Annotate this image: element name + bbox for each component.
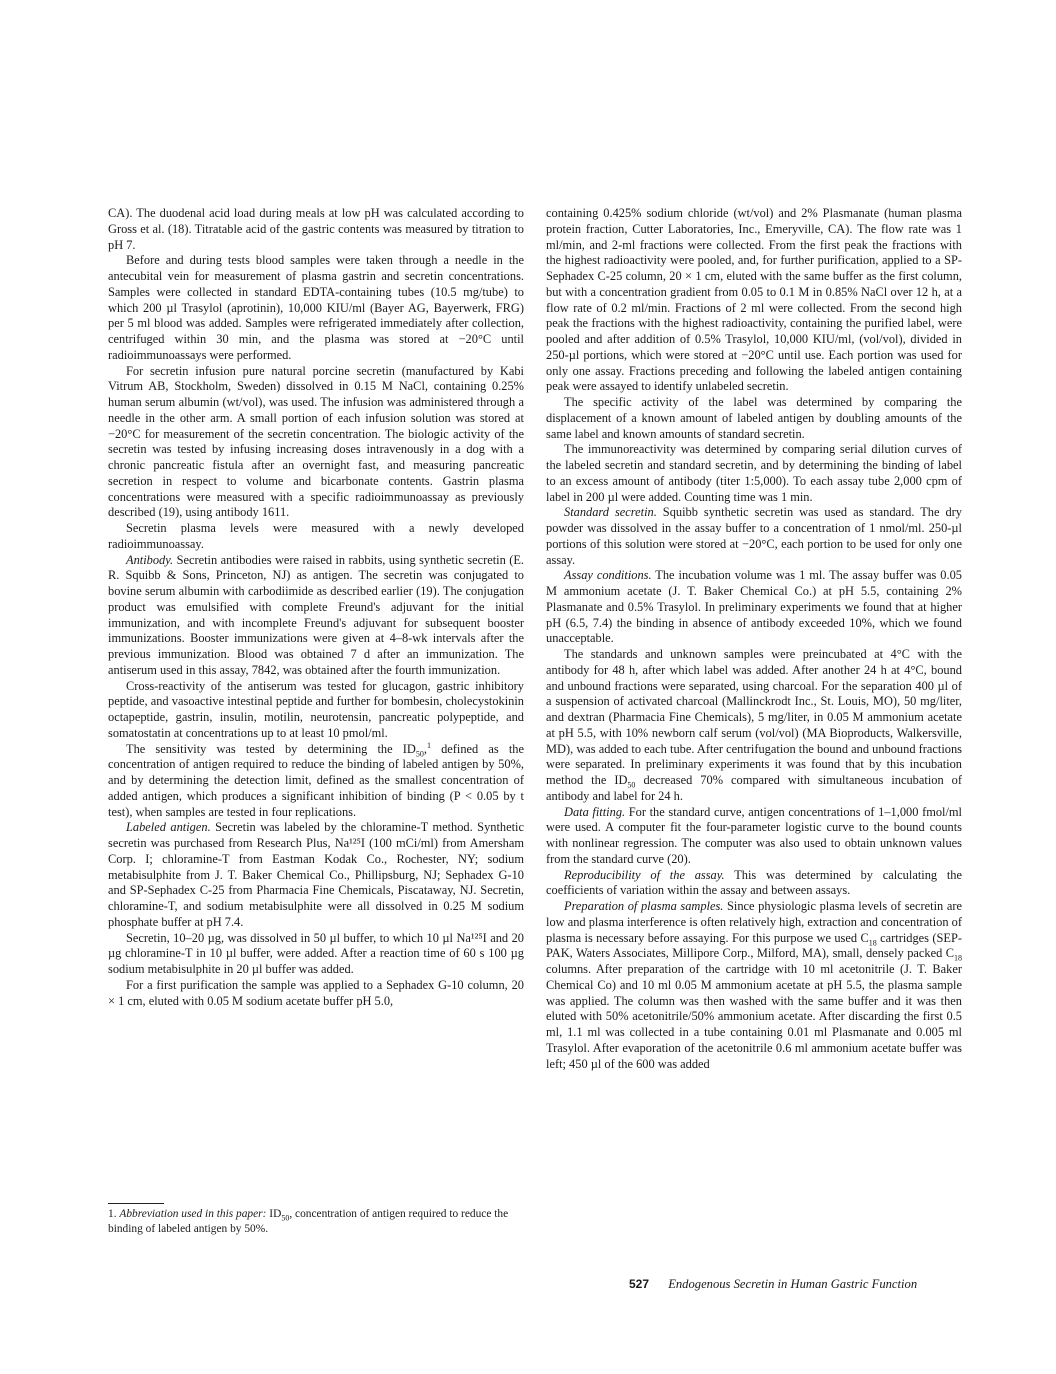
- left-text-column: CA). The duodenal acid load during meals…: [108, 206, 524, 1009]
- paragraph-text: CA). The duodenal acid load during meals…: [108, 206, 524, 252]
- document-page: CA). The duodenal acid load during meals…: [0, 0, 1056, 1374]
- footnote-label: Abbreviation used in this paper:: [119, 1208, 266, 1220]
- footnote-divider: [108, 1203, 164, 1204]
- paragraph: CA). The duodenal acid load during meals…: [108, 206, 524, 253]
- paragraph: For secretin infusion pure natural porci…: [108, 364, 524, 522]
- page-number: 527: [629, 1277, 649, 1291]
- paragraph-data-fitting: Data fitting. For the standard curve, an…: [546, 805, 962, 868]
- right-text-column: containing 0.425% sodium chloride (wt/vo…: [546, 206, 962, 1072]
- paragraph: Before and during tests blood samples we…: [108, 253, 524, 363]
- paragraph-text: Before and during tests blood samples we…: [108, 253, 524, 362]
- footnote: 1. Abbreviation used in this paper: ID50…: [108, 1207, 524, 1236]
- paragraph-text: For a first purification the sample was …: [108, 978, 524, 1008]
- paragraph: Secretin plasma levels were measured wit…: [108, 521, 524, 553]
- paragraph: For a first purification the sample was …: [108, 978, 524, 1010]
- paragraph-text: Secretin, 10–20 µg, was dissolved in 50 …: [108, 931, 524, 977]
- paragraph: The immunoreactivity was determined by c…: [546, 442, 962, 505]
- running-title: Endogenous Secretin in Human Gastric Fun…: [668, 1277, 917, 1291]
- run-in-heading: Preparation of plasma samples.: [564, 899, 723, 913]
- paragraph-text: For secretin infusion pure natural porci…: [108, 364, 524, 520]
- run-in-heading: Standard secretin.: [564, 505, 657, 519]
- paragraph-text: containing 0.425% sodium chloride (wt/vo…: [546, 206, 962, 393]
- paragraph: The standards and unknown samples were p…: [546, 647, 962, 805]
- paragraph-text: The standards and unknown samples were p…: [546, 647, 962, 787]
- paragraph: Cross-reactivity of the antiserum was te…: [108, 679, 524, 742]
- paragraph-reproducibility: Reproducibility of the assay. This was d…: [546, 868, 962, 900]
- paragraph-text: The specific activity of the label was d…: [546, 395, 962, 441]
- paragraph: The specific activity of the label was d…: [546, 395, 962, 442]
- paragraph: Secretin, 10–20 µg, was dissolved in 50 …: [108, 931, 524, 978]
- run-in-heading: Data fitting.: [564, 805, 625, 819]
- paragraph-text: Secretin was labeled by the chloramine-T…: [108, 820, 524, 929]
- paragraph-text: Secretin plasma levels were measured wit…: [108, 521, 524, 551]
- paragraph: containing 0.425% sodium chloride (wt/vo…: [546, 206, 962, 395]
- paragraph-text: columns. After preparation of the cartri…: [546, 962, 962, 1071]
- paragraph-text: Secretin antibodies were raised in rabbi…: [108, 553, 524, 677]
- paragraph-text: The immunoreactivity was determined by c…: [546, 442, 962, 503]
- paragraph-antibody: Antibody. Secretin antibodies were raise…: [108, 553, 524, 679]
- paragraph-standard-secretin: Standard secretin. Squibb synthetic secr…: [546, 505, 962, 568]
- run-in-heading: Labeled antigen.: [126, 820, 211, 834]
- running-footer: 527 Endogenous Secretin in Human Gastric…: [629, 1277, 917, 1292]
- run-in-heading: Antibody.: [126, 553, 173, 567]
- run-in-heading: Reproducibility of the assay.: [564, 868, 725, 882]
- paragraph-labeled-antigen: Labeled antigen. Secretin was labeled by…: [108, 820, 524, 930]
- footnote-number: 1.: [108, 1208, 117, 1220]
- paragraph-text: The sensitivity was tested by determinin…: [126, 742, 416, 756]
- footnote-term: ID: [269, 1208, 281, 1220]
- paragraph-assay-conditions: Assay conditions. The incubation volume …: [546, 568, 962, 647]
- paragraph-text: Cross-reactivity of the antiserum was te…: [108, 679, 524, 740]
- run-in-heading: Assay conditions.: [564, 568, 652, 582]
- paragraph-plasma-preparation: Preparation of plasma samples. Since phy…: [546, 899, 962, 1072]
- paragraph-sensitivity: The sensitivity was tested by determinin…: [108, 742, 524, 821]
